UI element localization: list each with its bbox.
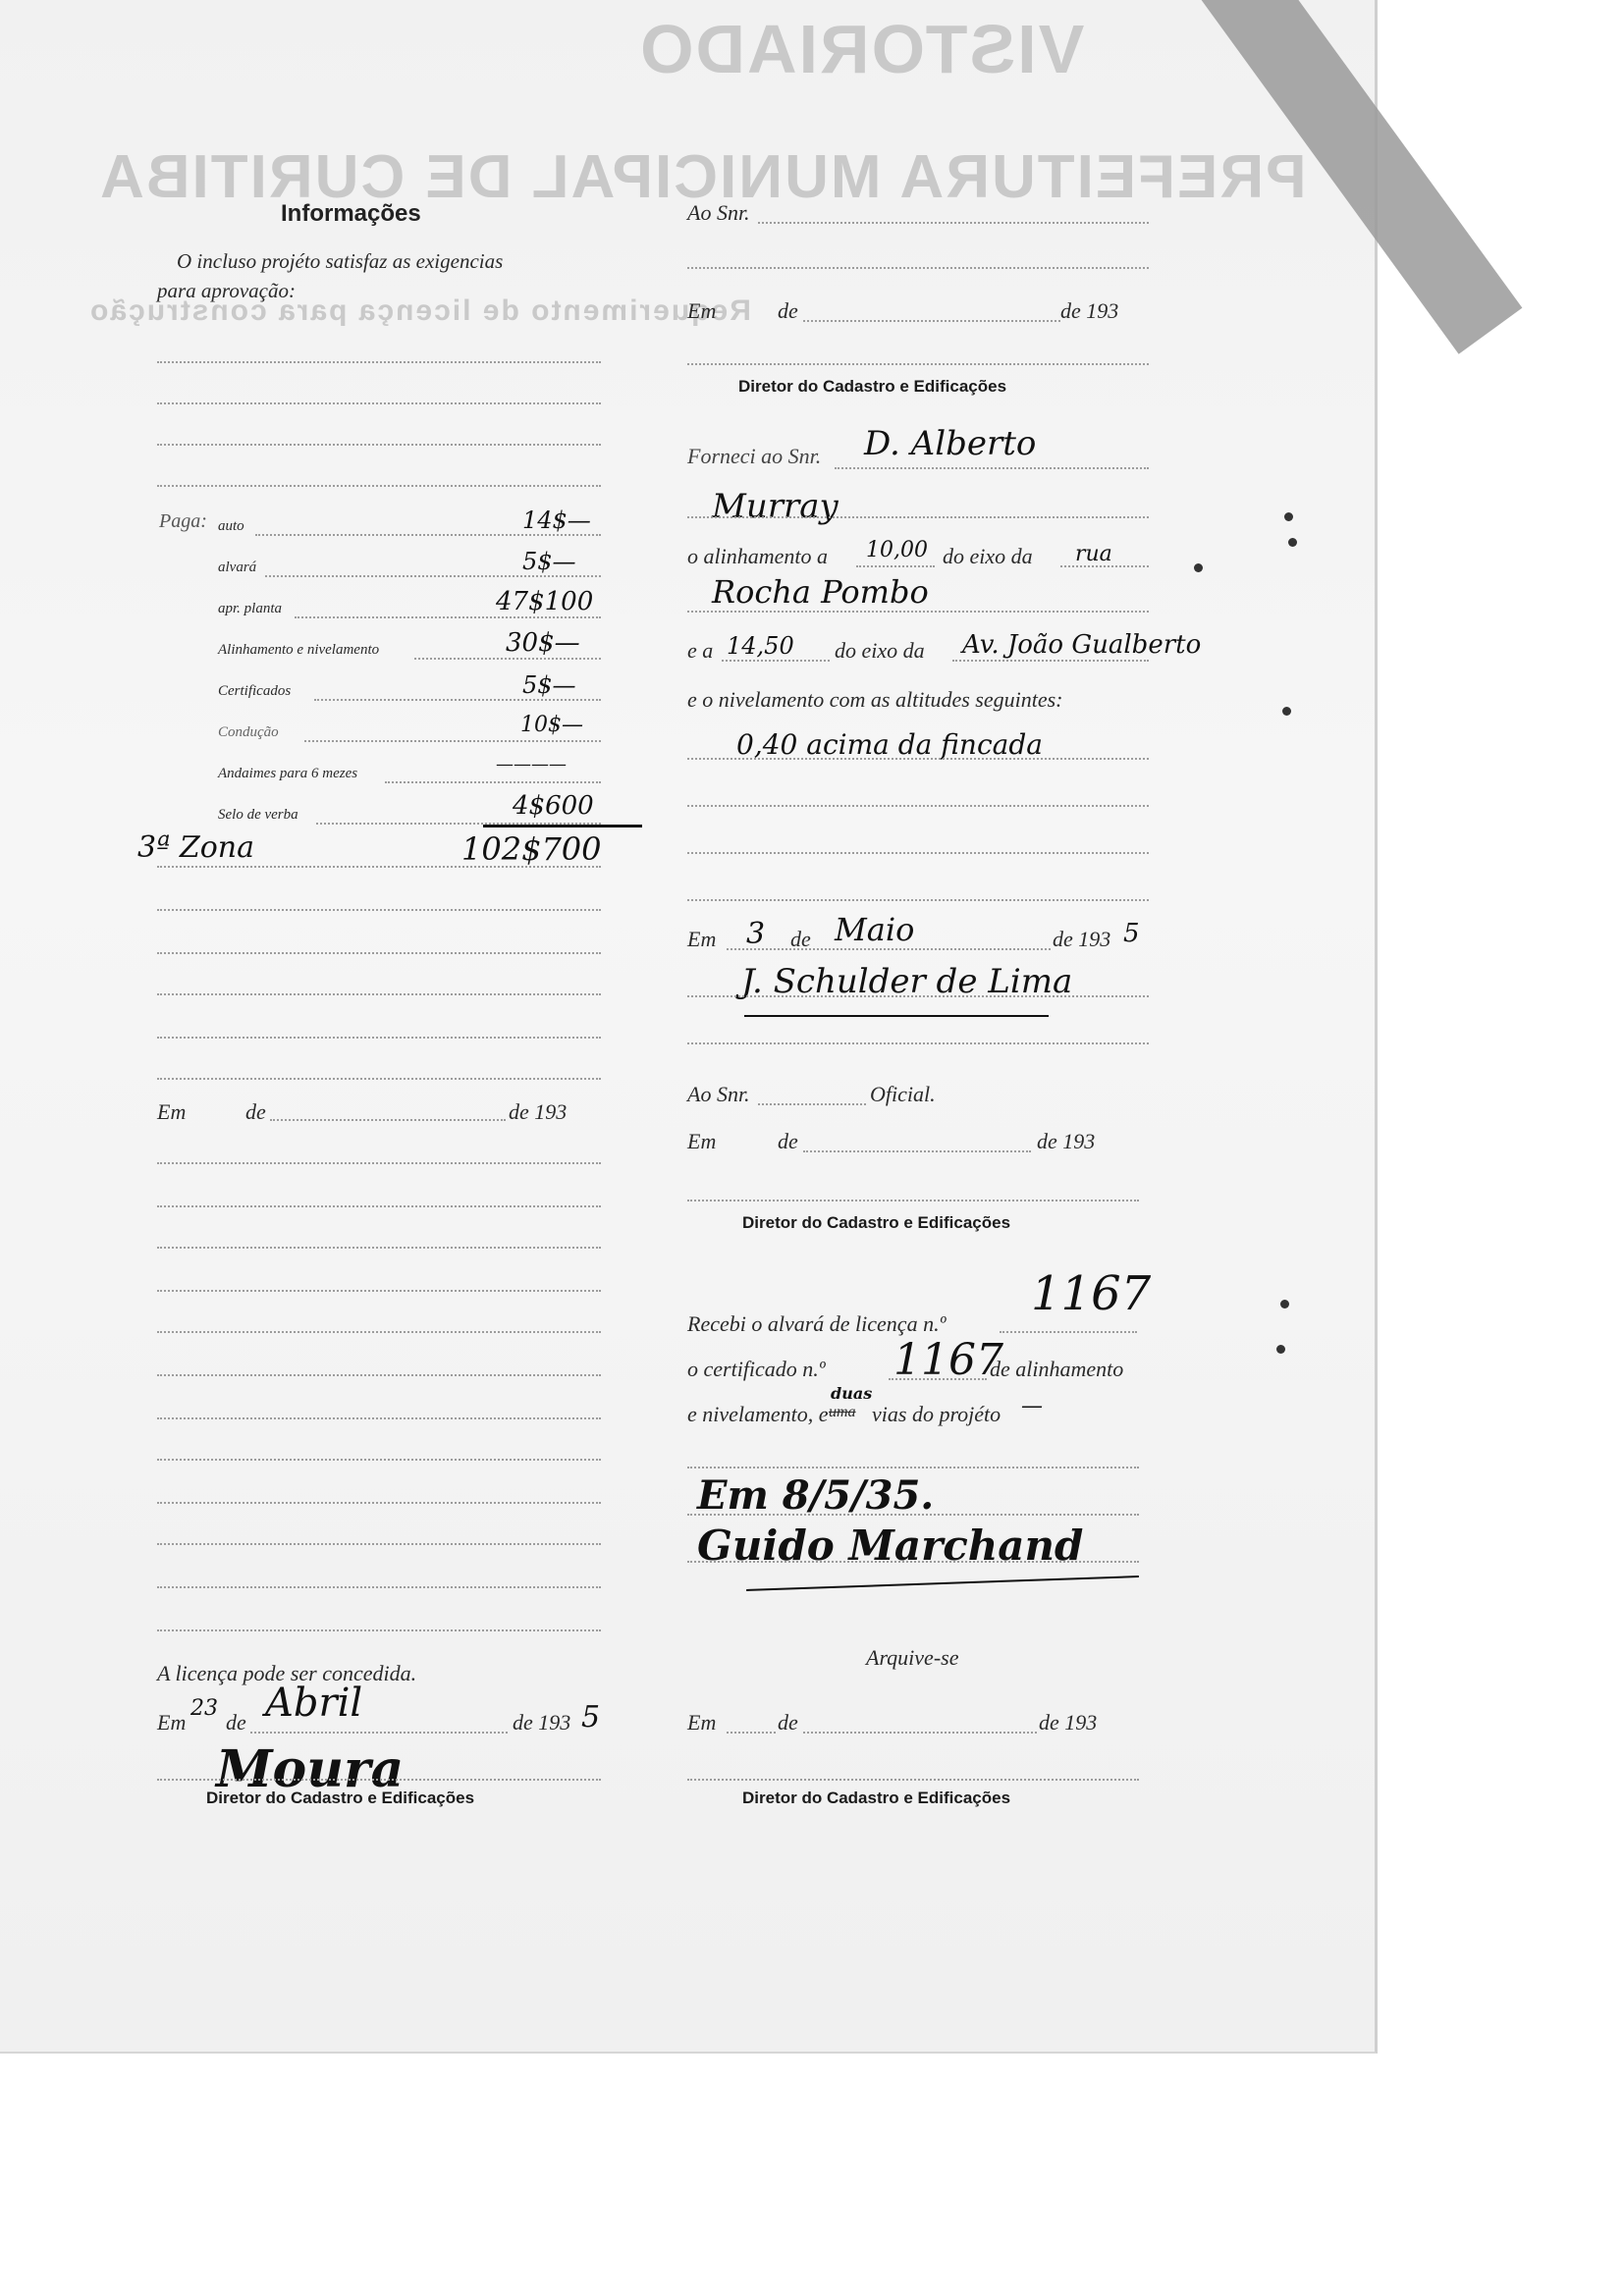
fee-value: 5$—: [522, 671, 576, 699]
fee-value: 10$—: [520, 713, 583, 737]
fee-value: 5$—: [522, 548, 576, 575]
fee-value: 14$—: [522, 507, 591, 534]
owner-name-1: D. Alberto: [864, 424, 1036, 463]
director-role-label: Diretor do Cadastro e Edificações: [742, 1789, 1010, 1808]
alignment-day: 3: [746, 917, 765, 951]
blank-line: [157, 1078, 601, 1080]
license-number: 1167: [1031, 1266, 1151, 1321]
approval-day: 23: [190, 1696, 218, 1721]
blank-line: [157, 485, 601, 487]
punch-hole-mark: [1276, 1345, 1285, 1354]
intro-line-2: para aprovação:: [157, 279, 296, 303]
blank-line: [157, 444, 601, 446]
document-page: VISTORIADO PREFEITURA MUNICIPAL DE CURIT…: [0, 0, 1378, 2054]
alignment-year: 5: [1123, 919, 1140, 948]
punch-hole-mark: [1284, 512, 1293, 521]
punch-hole-mark: [1280, 1300, 1289, 1308]
informacoes-title: Informações: [281, 200, 421, 228]
street-1-name: Rocha Pombo: [712, 573, 929, 611]
director-role-label: Diretor do Cadastro e Edificações: [206, 1789, 474, 1808]
blank-line: [157, 993, 601, 995]
distance-2: 14,50: [727, 632, 794, 660]
fees-label: Paga:: [159, 510, 207, 533]
blank-line: [157, 909, 601, 911]
total-underline: [483, 825, 642, 828]
fee-value: 30$—: [506, 628, 580, 658]
alignment-month: Maio: [835, 911, 914, 948]
fee-value: 47$100: [496, 587, 593, 616]
distance-1: 10,00: [866, 538, 928, 562]
fees-total: 102$700: [461, 830, 602, 868]
inserted-word: duas: [831, 1384, 872, 1403]
zone-note: 3ª Zona: [137, 830, 254, 865]
fee-value: 4$600: [513, 791, 594, 821]
bleed-through-stamp: VISTORIADO: [638, 10, 1084, 88]
blank-line: [157, 952, 601, 954]
blank-line: [157, 361, 601, 363]
punch-hole-mark: [1194, 563, 1203, 572]
blank-line: [157, 1037, 601, 1039]
blank-line: [157, 402, 601, 404]
punch-hole-mark: [1288, 538, 1297, 547]
intro-line-1: O incluso projéto satisfaz as exigencias: [177, 249, 503, 274]
archive-title: Arquive-se: [866, 1645, 958, 1671]
altitude-note: 0,40 acima da fincada: [736, 728, 1043, 761]
fee-value: ————: [496, 754, 567, 774]
director-role-label: Diretor do Cadastro e Edificações: [738, 377, 1006, 397]
street-2-name: Av. João Gualberto: [962, 630, 1201, 660]
street-1-type: rua: [1075, 542, 1112, 566]
director-role-label: Diretor do Cadastro e Edificações: [742, 1213, 1010, 1233]
approval-month: Abril: [265, 1681, 362, 1726]
punch-hole-mark: [1282, 707, 1291, 716]
owner-name-2: Murray: [712, 487, 839, 526]
receipt-date: Em 8/5/35.: [697, 1472, 934, 1519]
struck-word: uma: [829, 1404, 856, 1421]
approval-year: 5: [581, 1700, 600, 1735]
